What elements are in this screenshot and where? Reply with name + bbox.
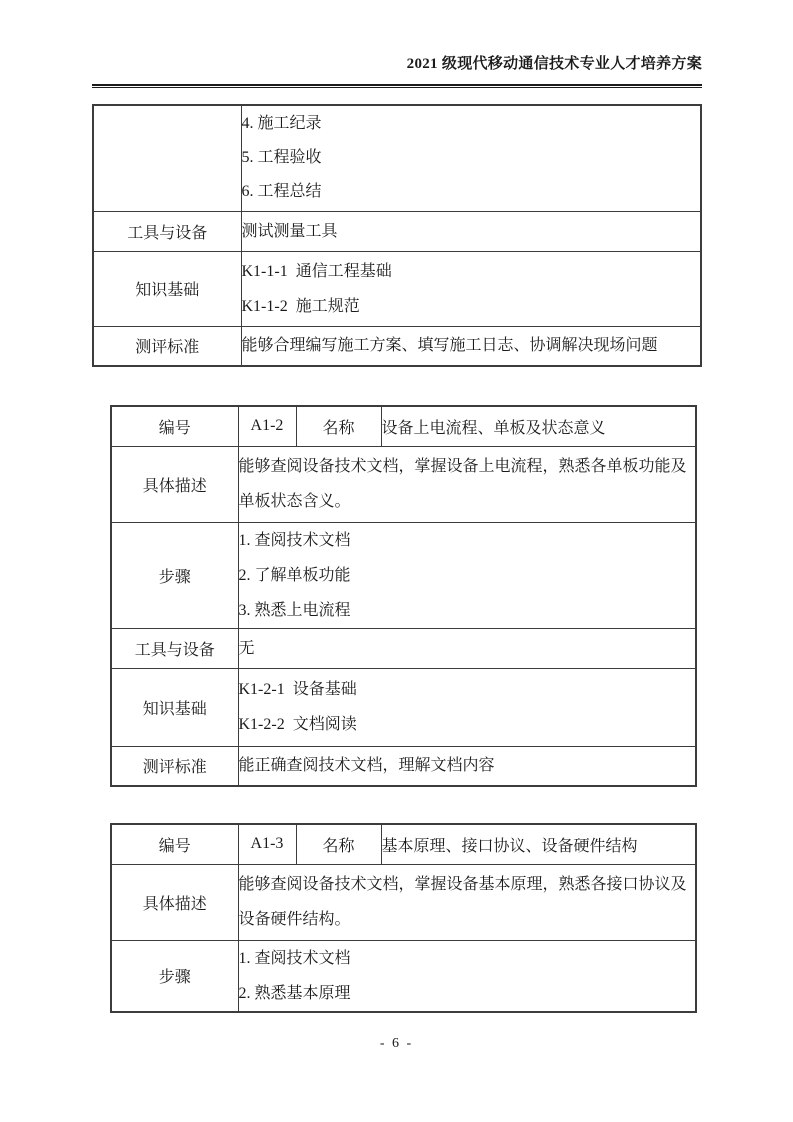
task-table-a1-3: 编号 A1-3 名称 基本原理、接口协议、设备硬件结构 具体描述 能够查阅设备技… (110, 823, 697, 1013)
task-table-a1-2: 编号 A1-2 名称 设备上电流程、单板及状态意义 具体描述 能够查阅设备技术文… (110, 405, 697, 787)
table-row: 测评标准 能够合理编写施工方案、填写施工日志、协调解决现场问题 (93, 326, 701, 366)
document-page: 2021 级现代移动通信技术专业人才培养方案 4. 施工纪录 5. 工程验收 6… (0, 0, 793, 1122)
content-line: 能够合理编写施工方案、填写施工日志、协调解决现场问题 (242, 328, 701, 363)
table-row: 编号 A1-3 名称 基本原理、接口协议、设备硬件结构 (111, 824, 696, 864)
row-content-cell: K1-1-1 通信工程基础 K1-1-2 施工规范 (241, 251, 701, 326)
content-line: K1-1-2 施工规范 (242, 289, 701, 324)
table-row: 4. 施工纪录 5. 工程验收 6. 工程总结 (93, 105, 701, 211)
row-label-cell: 测评标准 (93, 326, 241, 366)
row-content-cell: 1. 查阅技术文档 2. 熟悉基本原理 (238, 940, 696, 1012)
id-value-cell: A1-3 (238, 824, 296, 864)
task-table-continued: 4. 施工纪录 5. 工程验收 6. 工程总结 工具与设备 测试测量工具 知识基… (92, 104, 702, 367)
content-line: 6. 工程总结 (242, 175, 701, 209)
row-label-cell: 工具与设备 (93, 211, 241, 251)
row-content-cell: K1-2-1 设备基础 K1-2-2 文档阅读 (238, 668, 696, 746)
row-label-cell (93, 105, 241, 211)
id-label-cell: 编号 (111, 824, 238, 864)
row-label-cell: 知识基础 (111, 668, 238, 746)
table-row: 步骤 1. 查阅技术文档 2. 了解单板功能 3. 熟悉上电流程 (111, 522, 696, 628)
table-row: 知识基础 K1-1-1 通信工程基础 K1-1-2 施工规范 (93, 251, 701, 326)
content-line: 5. 工程验收 (242, 141, 701, 175)
content-line: 3. 熟悉上电流程 (239, 593, 696, 628)
row-label-cell: 测评标准 (111, 746, 238, 786)
content-line: K1-2-2 文档阅读 (239, 707, 696, 742)
table-row: 步骤 1. 查阅技术文档 2. 熟悉基本原理 (111, 940, 696, 1012)
table-row: 测评标准 能正确查阅技术文档，理解文档内容 (111, 746, 696, 786)
row-content-cell: 能正确查阅技术文档，理解文档内容 (238, 746, 696, 786)
table-row: 工具与设备 测试测量工具 (93, 211, 701, 251)
row-content-cell: 能够合理编写施工方案、填写施工日志、协调解决现场问题 (241, 326, 701, 366)
name-value-cell: 基本原理、接口协议、设备硬件结构 (381, 824, 696, 864)
content-line: 无 (239, 631, 696, 666)
row-content-cell: 测试测量工具 (241, 211, 701, 251)
row-content-cell: 无 (238, 628, 696, 668)
header-rule (92, 84, 702, 88)
name-label-cell: 名称 (296, 824, 381, 864)
table-row: 具体描述 能够查阅设备技术文档，掌握设备上电流程，熟悉各单板功能及单板状态含义。 (111, 446, 696, 522)
table-row: 具体描述 能够查阅设备技术文档，掌握设备基本原理，熟悉各接口协议及设备硬件结构。 (111, 864, 696, 940)
content-line: 2. 熟悉基本原理 (239, 976, 696, 1011)
row-content-cell: 4. 施工纪录 5. 工程验收 6. 工程总结 (241, 105, 701, 211)
table-row: 工具与设备 无 (111, 628, 696, 668)
row-content-cell: 能够查阅设备技术文档，掌握设备上电流程，熟悉各单板功能及单板状态含义。 (238, 446, 696, 522)
name-label-cell: 名称 (296, 406, 381, 446)
content-line: 测试测量工具 (242, 214, 701, 249)
page-number: - 6 - (0, 1036, 793, 1052)
content-paragraph: 能够查阅设备技术文档，掌握设备基本原理，熟悉各接口协议及设备硬件结构。 (239, 867, 696, 937)
content-line: 1. 查阅技术文档 (239, 523, 696, 558)
row-label-cell: 具体描述 (111, 446, 238, 522)
content-line: K1-1-1 通信工程基础 (242, 254, 701, 289)
row-label-cell: 步骤 (111, 940, 238, 1012)
content-line: 2. 了解单板功能 (239, 558, 696, 593)
content-line: 1. 查阅技术文档 (239, 941, 696, 976)
content-line: 能正确查阅技术文档，理解文档内容 (239, 748, 696, 783)
table-row: 知识基础 K1-2-1 设备基础 K1-2-2 文档阅读 (111, 668, 696, 746)
row-content-cell: 1. 查阅技术文档 2. 了解单板功能 3. 熟悉上电流程 (238, 522, 696, 628)
row-label-cell: 步骤 (111, 522, 238, 628)
row-label-cell: 具体描述 (111, 864, 238, 940)
row-label-cell: 知识基础 (93, 251, 241, 326)
id-value-cell: A1-2 (238, 406, 296, 446)
page-header-title: 2021 级现代移动通信技术专业人才培养方案 (92, 52, 702, 73)
name-value-cell: 设备上电流程、单板及状态意义 (381, 406, 696, 446)
content-line: K1-2-1 设备基础 (239, 672, 696, 707)
row-content-cell: 能够查阅设备技术文档，掌握设备基本原理，熟悉各接口协议及设备硬件结构。 (238, 864, 696, 940)
content-line: 4. 施工纪录 (242, 107, 701, 141)
id-label-cell: 编号 (111, 406, 238, 446)
content-paragraph: 能够查阅设备技术文档，掌握设备上电流程，熟悉各单板功能及单板状态含义。 (239, 449, 696, 519)
row-label-cell: 工具与设备 (111, 628, 238, 668)
table-row: 编号 A1-2 名称 设备上电流程、单板及状态意义 (111, 406, 696, 446)
